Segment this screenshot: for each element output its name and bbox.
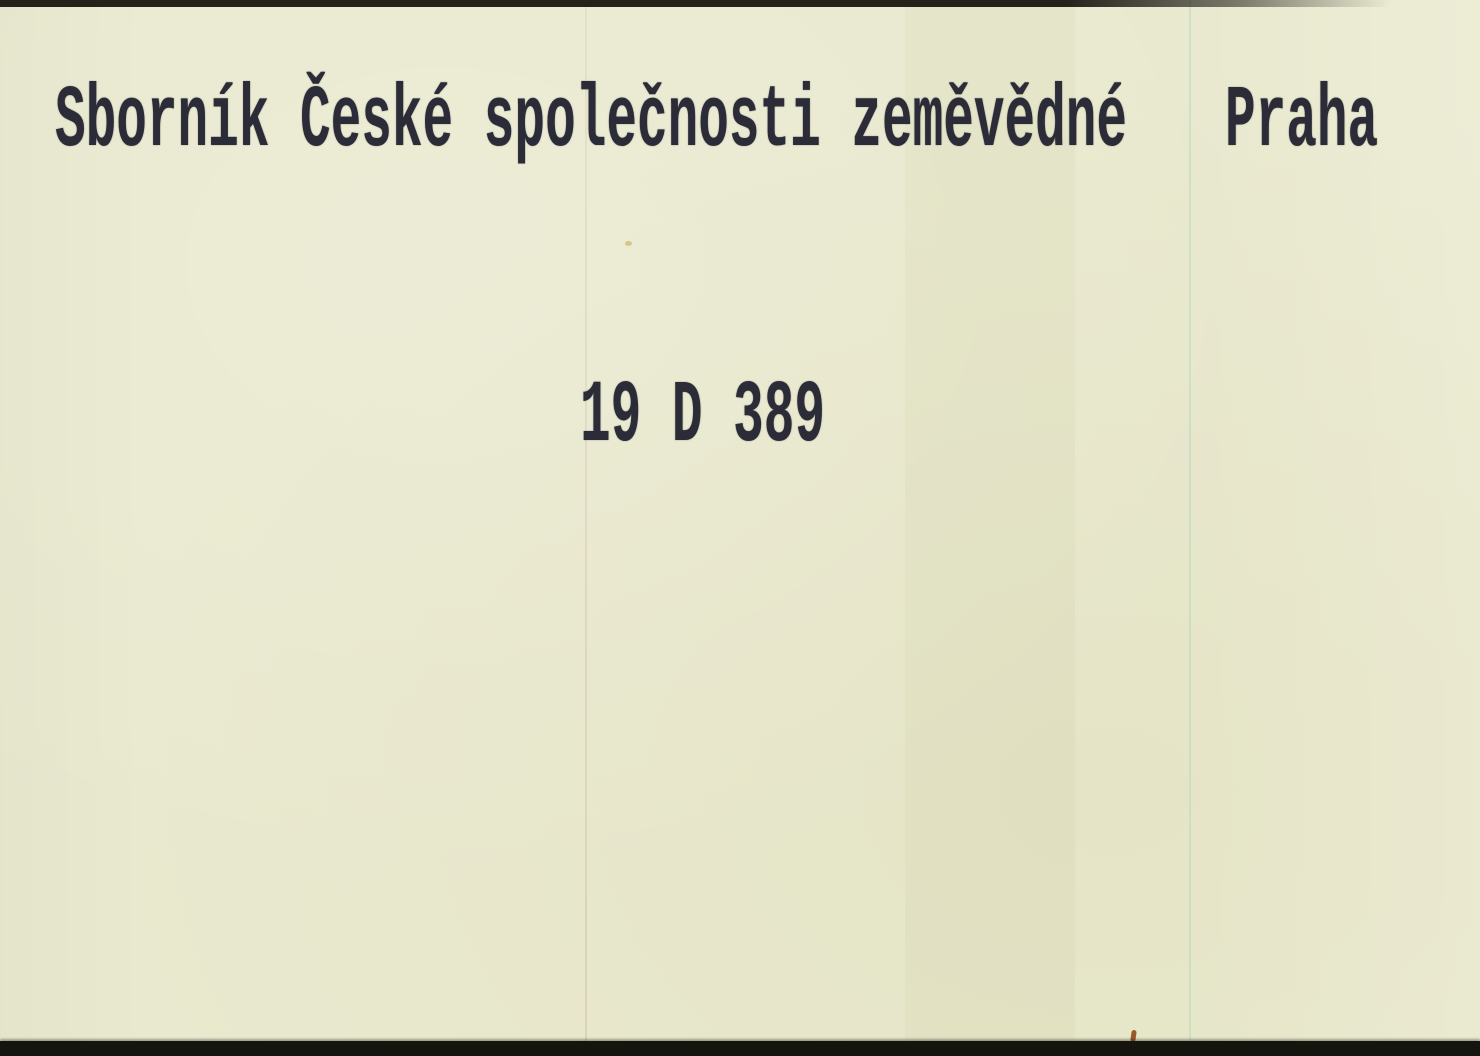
call-number: 19 D 389 [580,374,825,462]
faint-rule-line [1189,0,1191,1056]
catalog-card: Sborník České společnosti zeměvědné Prah… [0,0,1480,1056]
scan-edge-top [0,0,1480,7]
card-title: Sborník České společnosti zeměvědné [55,79,1127,167]
publication-place: Praha [1225,79,1378,167]
paper-speck [625,241,632,246]
scan-edge-bottom [0,1041,1480,1056]
